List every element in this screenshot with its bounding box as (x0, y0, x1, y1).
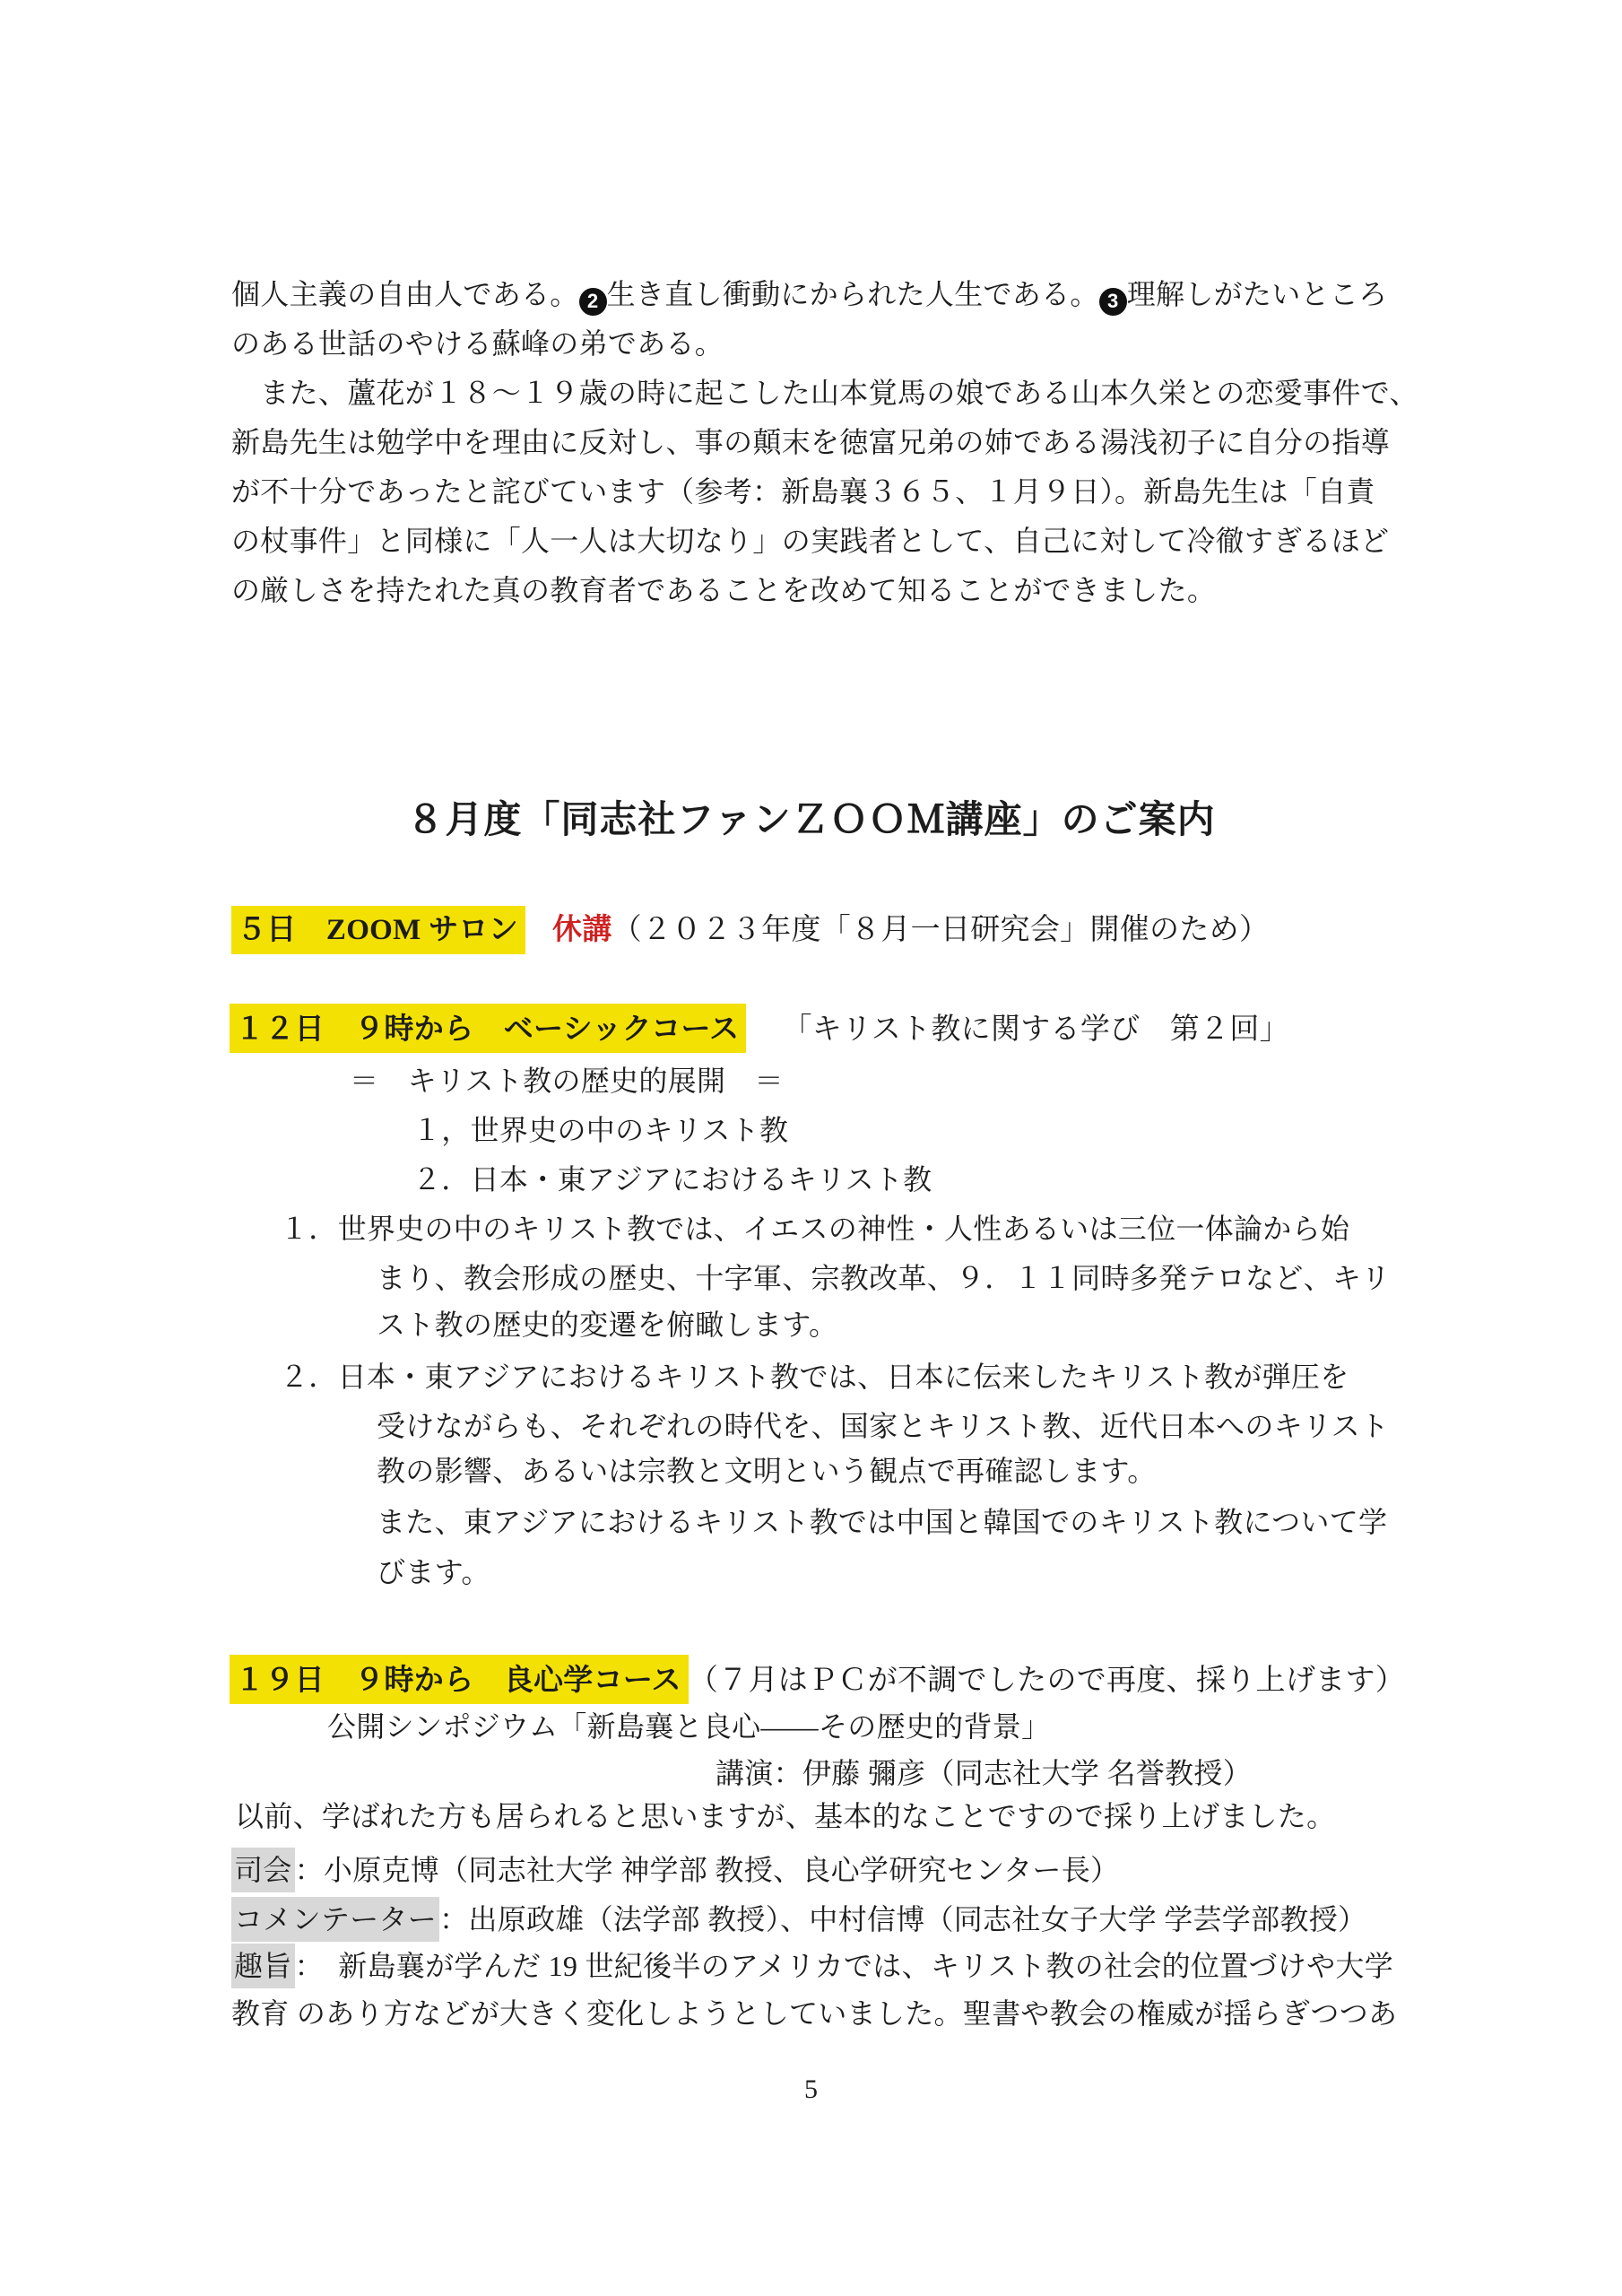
intro-text: 理解しがたいところ (1127, 278, 1388, 310)
session-ryoshin-label: １９日 ９時から 良心学コース (230, 1655, 689, 1704)
session-basic-topic-2: ２．日本・東アジアにおけるキリスト教 (412, 1165, 932, 1194)
purpose-label: 趣旨 (231, 1944, 295, 1988)
session-basic-para2-line3: 教の影響、あるいは宗教と文明という観点で再確認します。 (377, 1457, 1157, 1485)
page-number: 5 (0, 2076, 1622, 2103)
purpose-text: ： 新島襄が学んだ 19 世紀後半のアメリカでは、キリスト教の社会的位置づけや大… (295, 1950, 1393, 1982)
status-cancelled: 休講 (552, 914, 612, 946)
moderator-label: 司会 (231, 1848, 295, 1892)
session-basic-para1-line2: まり、教会形成の歴史、十字軍、宗教改革、９．１１同時多発テロなど、キリ (377, 1264, 1391, 1292)
session-basic-para1-line1: １．世界史の中のキリスト教では、イエスの神性・人性あるいは三位一体論から始 (280, 1214, 1349, 1243)
session-basic-para2-line4: また、東アジアにおけるキリスト教では中国と韓国でのキリスト教について学 (377, 1508, 1387, 1536)
session-zoom-salon-line: ５日 ZOOM サロン休講（２０２３年度「８月一日研究会」開催のため） (231, 916, 1269, 945)
session-zoom-salon-label: ５日 ZOOM サロン (231, 906, 525, 954)
page-title: ８月度「同志社ファンＺＯＯＭ講座」のご案内 (0, 801, 1622, 839)
symposium-title: 公開シンポジウム「新島襄と良心――その歴史的背景」 (327, 1712, 1050, 1741)
intro-line-5: が不十分であったと詫びています（参考：新島襄３６５、１月９日）。新島先生は「自責 (231, 477, 1375, 506)
session-zoom-salon-note: （２０２３年度「８月一日研究会」開催のため） (612, 914, 1270, 946)
moderator-line: 司会：小原克博（同志社大学 神学部 教授、良心学研究センター長） (231, 1856, 1119, 1884)
intro-line-2: のある世話のやける蘇峰の弟である。 (231, 329, 724, 358)
purpose-line-2: 教育 のあり方などが大きく変化しようとしていました。聖書や教会の権威が揺らぎつつ… (231, 1999, 1397, 2028)
session-basic-label: １２日 ９時から ベーシックコース (230, 1004, 746, 1053)
intro-text: 個人主義の自由人である。 (231, 278, 579, 310)
lecture-credit: 講演：伊藤 彌彦（同志社大学 名誉教授） (716, 1759, 1252, 1787)
session-basic-subtitle: ＝ キリスト教の歴史的展開 ＝ (350, 1066, 784, 1095)
session-basic-topic-1: １，世界史の中のキリスト教 (412, 1116, 788, 1144)
intro-line-4: 新島先生は勉学中を理由に反対し、事の顛末を徳富兄弟の姉である湯浅初子に自分の指導 (231, 428, 1390, 457)
intro-line-1: 個人主義の自由人である。2生き直し衝動にかられた人生である。3理解しがたいところ (231, 280, 1387, 316)
commentator-text: ：出原政雄（法学部 教授）、中村信博（同志社女子大学 学芸学部教授） (439, 1903, 1366, 1935)
session-basic-para1-line3: スト教の歴史的変遷を俯瞰します。 (377, 1310, 837, 1339)
session-basic-para2-line2: 受けながらも、それぞれの時代を、国家とキリスト教、近代日本へのキリスト (377, 1412, 1389, 1440)
intro-text: 生き直し衝動にかられた人生である。 (607, 278, 1099, 310)
intro-line-7: の厳しさを持たれた真の教育者であることを改めて知ることができました。 (231, 576, 1216, 604)
intro-line-6: の杖事件」と同様に「人一人は大切なり」の実践者として、自己に対して冷徹すぎるほど (231, 526, 1389, 555)
session-basic-title: 「キリスト教に関する学び 第２回」 (782, 1013, 1288, 1046)
session-basic-para2-line5: びます。 (377, 1558, 490, 1587)
session-ryoshin-note: （７月はＰＣが不調でしたので再度、採り上げます） (689, 1665, 1405, 1697)
session-basic-line: １２日 ９時から ベーシックコース「キリスト教に関する学び 第２回」 (230, 1013, 1289, 1045)
circled-number-2-icon: 2 (579, 288, 607, 316)
remark-line: 以前、学ばれた方も居られると思いますが、基本的なことですので採り上げました。 (235, 1802, 1335, 1831)
commentator-label: コメンテーター (231, 1897, 439, 1942)
commentator-line: コメンテーター：出原政雄（法学部 教授）、中村信博（同志社女子大学 学芸学部教授… (231, 1905, 1366, 1934)
intro-line-3: また、蘆花が１８～１９歳の時に起こした山本覚馬の娘である山本久栄との恋愛事件で、 (231, 378, 1418, 407)
document-page: 個人主義の自由人である。2生き直し衝動にかられた人生である。3理解しがたいところ… (0, 0, 1622, 2296)
purpose-line: 趣旨： 新島襄が学んだ 19 世紀後半のアメリカでは、キリスト教の社会的位置づけ… (231, 1952, 1393, 1980)
session-ryoshin-line: １９日 ９時から 良心学コース（７月はＰＣが不調でしたので再度、採り上げます） (230, 1665, 1405, 1696)
circled-number-3-icon: 3 (1099, 288, 1127, 316)
session-basic-para2-line1: ２．日本・東アジアにおけるキリスト教では、日本に伝来したキリスト教が弾圧を (280, 1362, 1349, 1391)
moderator-text: ：小原克博（同志社大学 神学部 教授、良心学研究センター長） (295, 1854, 1120, 1886)
